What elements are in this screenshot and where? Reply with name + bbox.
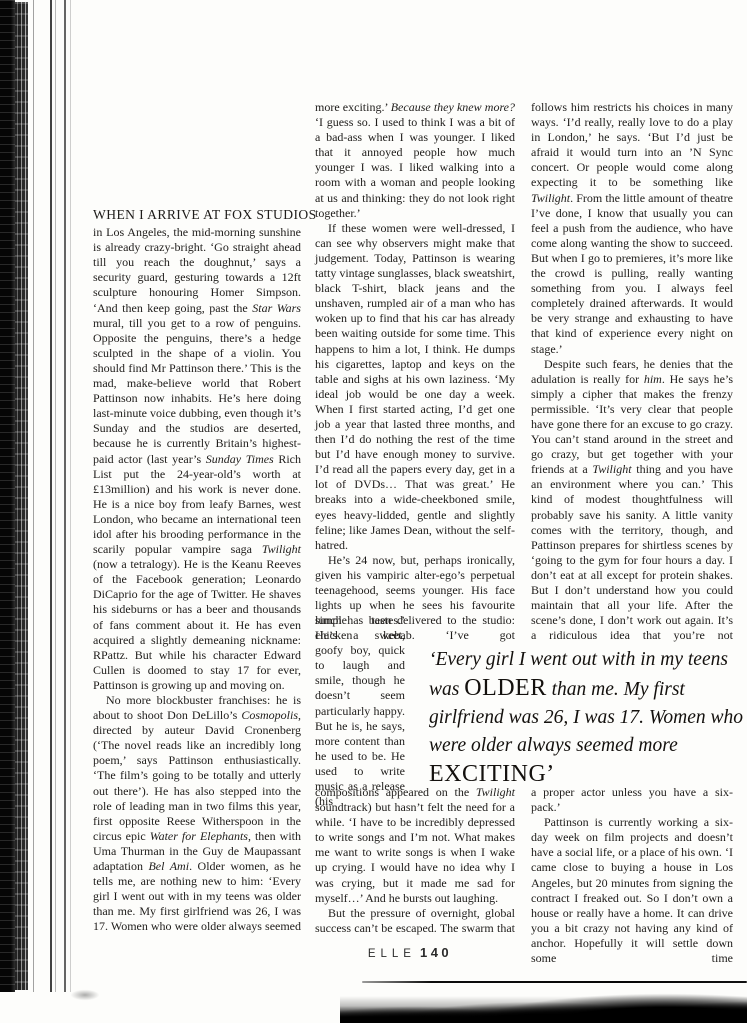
text-run: mural, till you get to a row of penguins… — [93, 316, 301, 466]
text-run: Cosmopolis — [241, 708, 298, 722]
text-run: If these women were well-dressed, I can … — [315, 221, 515, 552]
text-run: Sunday Times — [206, 452, 274, 466]
article-column-middle-bottom: compositions appeared on the Twilight so… — [315, 785, 515, 936]
article-column-middle-top: more exciting.’ Because they knew more? … — [315, 100, 515, 643]
text-run: Water for Elephants — [150, 829, 248, 843]
magazine-page-scan: WHEN I ARRIVE AT FOX STUDIOS in Los Ange… — [0, 0, 747, 1023]
article-column-left: WHEN I ARRIVE AT FOX STUDIOS in Los Ange… — [93, 207, 301, 935]
text-run: him — [644, 372, 662, 386]
text-run: follows him restricts his choices in man… — [531, 100, 733, 189]
text-run: Star Wars — [252, 301, 301, 315]
footer-page-number: 140 — [420, 945, 452, 960]
text-run: soundtrack) but hasn’t felt the need for… — [315, 800, 515, 905]
scan-bottom-smudge — [340, 989, 747, 1023]
text-run: . He says he’s simply a cipher that make… — [531, 372, 733, 477]
pull-quote: ‘Every girl I went out with in my teens … — [429, 646, 747, 790]
footer-brand: ELLE — [368, 948, 416, 960]
scan-bottom-line — [362, 981, 747, 983]
section-heading: WHEN I ARRIVE AT FOX STUDIOS — [93, 207, 301, 222]
text-run: Bel Ami — [148, 859, 189, 873]
text-run: simple tastes.’ He’s a sweet, goofy boy,… — [315, 613, 405, 808]
text-run: (now a tetralogy). He is the Keanu Reeve… — [93, 557, 301, 692]
article-column-right-top: follows him restricts his choices in man… — [531, 100, 733, 643]
column-left-paragraphs: in Los Angeles, the mid-morning sunshine… — [93, 225, 301, 934]
text-run: . From the little amount of theatre I’ve… — [531, 191, 733, 356]
scan-streak-1 — [33, 0, 34, 992]
text-run: ‘I guess so. I used to think I was a bit… — [315, 115, 515, 220]
article-column-right-bottom: a proper actor unless you have a six-pac… — [531, 785, 733, 966]
text-run: OLDER — [464, 675, 547, 701]
scan-streak-2 — [50, 0, 52, 992]
text-run: , directed by auteur David Cronenberg (‘… — [93, 708, 301, 843]
text-run: Pattinson is currently working a six-day… — [531, 815, 733, 965]
scan-streak-5 — [70, 0, 71, 992]
scan-corner-speck — [68, 988, 102, 1002]
text-run: Because they knew more? — [391, 100, 515, 114]
scan-streak-4 — [64, 0, 66, 992]
text-run: Twilight — [262, 542, 301, 556]
text-run: Twilight — [531, 191, 570, 205]
text-run: Twilight — [592, 462, 631, 476]
scan-streak-3 — [55, 0, 56, 992]
page-footer: ELLE140 — [0, 944, 747, 962]
text-run: thing and you have an environment where … — [531, 462, 733, 642]
text-run: EXCITING’ — [429, 761, 555, 787]
article-column-middle-narrow: simple tastes.’ He’s a sweet, goofy boy,… — [315, 613, 405, 809]
scan-binding-texture — [15, 2, 28, 990]
scan-binding-bar — [0, 0, 15, 992]
text-run: But the pressure of overnight, global su… — [315, 906, 515, 935]
text-run: more exciting.’ — [315, 100, 391, 114]
text-run: Rich List put the 24-year-old’s worth at… — [93, 452, 301, 557]
